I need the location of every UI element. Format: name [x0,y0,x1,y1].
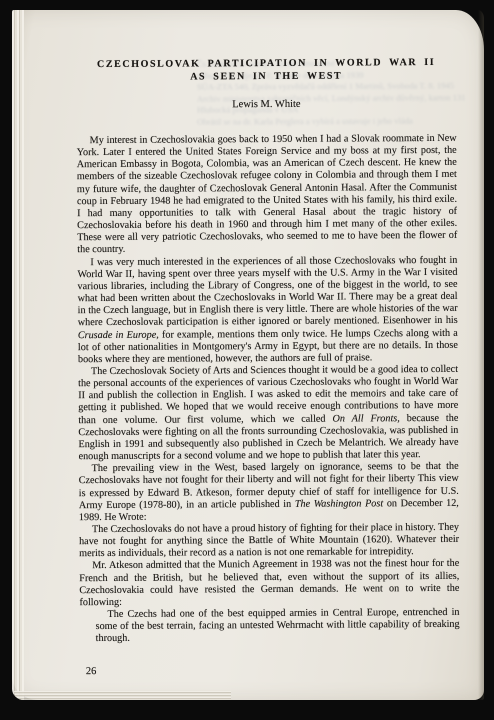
paragraph: My interest in Czechoslovakia goes back … [77,133,458,257]
paragraph: Mr. Atkeson admitted that the Munich Agr… [79,558,459,609]
text-run: The Czechoslovaks do not have a proud hi… [79,522,459,560]
text-run: The Czechs had one of the best equipped … [96,607,460,645]
article-title-line1: CZECHOSLOVAK PARTICIPATION IN WORLD WAR … [97,57,435,70]
book-page: Čs. zahraniční odboj a vznik samostatnéo… [12,10,484,700]
paragraph: I was very much interested in the experi… [77,254,458,366]
paragraph: The Czechs had one of the best equipped … [95,607,459,646]
page-content: CZECHOSLOVAK PARTICIPATION IN WORLD WAR … [76,56,460,677]
paragraph: The prevailing view in the West, based l… [79,461,459,524]
page-stack-edges-left [12,10,24,700]
author-name: Lewis M. White [76,98,456,112]
italic-text-run: Crusade in Europe [78,329,157,340]
paragraph: The Czechoslovak Society of Arts and Sci… [78,364,459,464]
page-stack-edges-bottom [14,691,231,700]
article-title: CZECHOSLOVAK PARTICIPATION IN WORLD WAR … [76,56,456,84]
page-number: 26 [86,663,460,676]
article-body: My interest in Czechoslovakia goes back … [77,133,460,646]
book-photo: Čs. zahraniční odboj a vznik samostatnéo… [0,0,494,720]
text-run: Mr. Atkeson admitted that the Munich Agr… [79,558,459,608]
italic-text-run: On All Fronts, [332,413,399,424]
text-run: My interest in Czechoslovakia goes back … [77,133,458,256]
article-title-line2: AS SEEN IN THE WEST [190,71,342,83]
paragraph: The Czechoslovaks do not have a proud hi… [79,522,459,561]
text-run: I was very much interested in the experi… [77,254,457,328]
italic-text-run: The Washington Post [295,498,383,510]
